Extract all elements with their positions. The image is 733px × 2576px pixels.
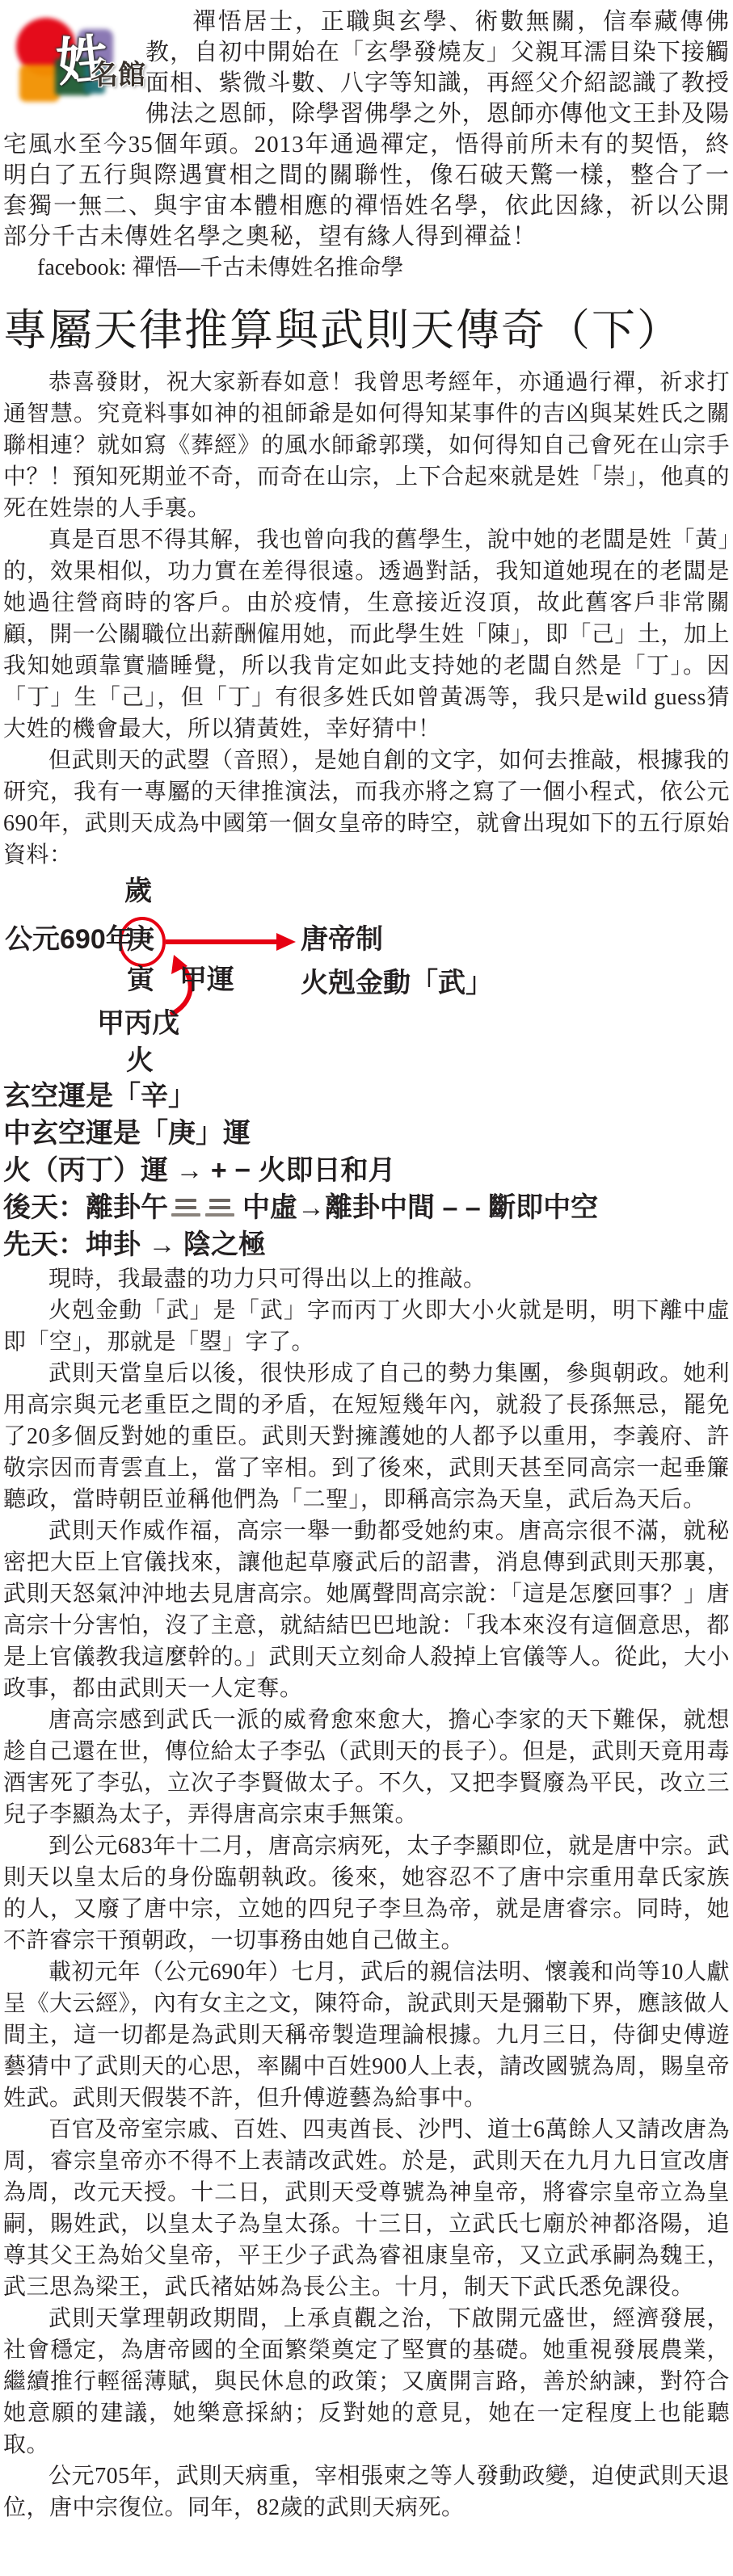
paragraph: 但武則天的武曌（音照），是她自創的文字，如何去推敲，根據我的研究，我有一專屬的天…	[3, 745, 730, 871]
paragraph: 唐高宗感到武氏一派的威脅愈來愈大，擔心李家的天下難保，就想趁自己還在世，傳位給太…	[3, 1704, 730, 1830]
diagram-tang-result: 唐帝制	[301, 926, 383, 953]
li-trigram-icon	[171, 1189, 239, 1226]
formula-line-xuankong: 玄空運是「辛」	[3, 1078, 730, 1115]
diagram-sui-label: 歲	[124, 877, 152, 905]
diagram-geng-stem: 庚	[127, 926, 154, 953]
formula-line-fire-run: 火（丙丁）運 → + − 火即日和月	[3, 1152, 730, 1189]
diagram-fire-label: 火	[126, 1047, 154, 1074]
page-root: 姓 名館 禪悟居士，正職與玄學、術數無關，信奉藏傳佛教，自初中開始在「玄學發燒友…	[0, 0, 733, 2556]
houtian-prefix: 後天：離卦午	[3, 1192, 168, 1223]
article-body-top: 恭喜發財，祝大家新春如意！我曾思考經年，亦通過行禪，祈求打通智慧。究竟料事如神的…	[3, 367, 730, 871]
paragraph: 百官及帝室宗戚、百姓、四夷酋長、沙門、道士6萬餘人又請改唐為周，睿宗皇帝亦不得不…	[3, 2114, 730, 2303]
formula-block: 玄空運是「辛」 中玄空運是「庚」運 火（丙丁）運 → + − 火即日和月 後天：…	[3, 1078, 730, 1263]
logo-blob-orange	[19, 65, 60, 102]
houtian-suffix: 中虛→離卦中間 – – 斷即中空	[242, 1192, 598, 1223]
diagram-yin-branch: 寅	[127, 966, 154, 994]
paragraph: 真是百思不得其解，我也曾向我的舊學生，說中她的老闆是姓「黃」的，效果相似，功力實…	[3, 524, 730, 745]
paragraph: 恭喜發財，祝大家新春如意！我曾思考經年，亦通過行禪，祈求打通智慧。究竟料事如神的…	[3, 367, 730, 524]
diagram-year-label: 公元690年	[5, 926, 133, 953]
logo-block-chars: 名館	[91, 61, 145, 89]
article-body-bottom: 現時，我最盡的功力只可得出以上的推敲。 火剋金動「武」是「武」字而丙丁火即大小火…	[3, 1263, 730, 2523]
site-logo: 姓 名館	[10, 11, 137, 115]
paragraph: 武則天作威作福，高宗一舉一動都受她約束。唐高宗很不滿，就秘密把大臣上官儀找來，讓…	[3, 1515, 730, 1704]
paragraph: 載初元年（公元690年）七月，武后的親信法明、懷義和尚等10人獻呈《大云經》，內…	[3, 1956, 730, 2114]
diagram-fire-metal-note: 火剋金動「武」	[301, 969, 493, 997]
formula-line-midxuankong: 中玄空運是「庚」運	[3, 1115, 730, 1152]
diagram-hidden-stems: 甲丙戊	[97, 1010, 179, 1037]
paragraph: 現時，我最盡的功力只可得出以上的推敲。	[3, 1263, 730, 1295]
paragraph: 武則天當皇后以後，很快形成了自己的勢力集團，參與朝政。她利用高宗與元老重臣之間的…	[3, 1358, 730, 1515]
diagram-jia-yun-label: 甲運	[179, 966, 234, 994]
paragraph: 火剋金動「武」是「武」字而丙丁火即大小火就是明，明下離中虛即「空」，那就是「曌」…	[3, 1295, 730, 1358]
paragraph: 到公元683年十二月，唐高宗病死，太子李顯即位，就是唐中宗。武則天以皇太后的身份…	[3, 1830, 730, 1956]
formula-line-xiantian: 先天：坤卦 → 陰之極	[3, 1226, 730, 1263]
page-header: 姓 名館 禪悟居士，正職與玄學、術數無關，信奉藏傳佛教，自初中開始在「玄學發燒友…	[3, 6, 730, 284]
formula-line-houtian: 後天：離卦午中虛→離卦中間 – – 斷即中空	[3, 1189, 730, 1226]
article-title: 專屬天律推算與武則天傳奇（下）	[3, 305, 730, 355]
five-element-diagram: 歲 公元690年 庚 唐帝制 寅 甲運 火剋金動「武」 甲丙戊 火	[3, 876, 733, 1076]
facebook-line: facebook: 禪悟—千古未傳姓名推命學	[3, 252, 730, 284]
paragraph: 武則天掌理朝政期間，上承貞觀之治，下啟開元盛世，經濟發展，社會穩定，為唐帝國的全…	[3, 2303, 730, 2460]
paragraph: 公元705年，武則天病重，宰相張柬之等人發動政變，迫使武則天退位，唐中宗復位。同…	[3, 2460, 730, 2523]
